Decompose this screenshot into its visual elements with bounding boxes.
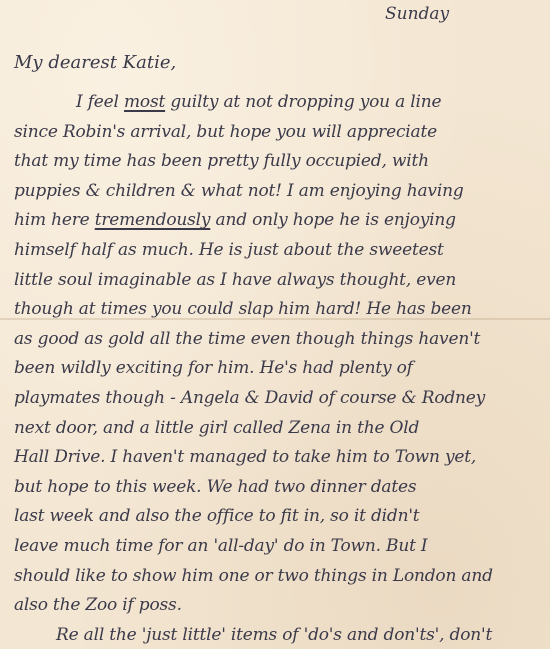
letter-line-18: also the Zoo if poss.	[14, 591, 544, 621]
letter-line-14: but hope to this week. We had two dinner…	[14, 473, 544, 503]
letter-line-4: puppies & children & what not! I am enjo…	[14, 177, 544, 207]
letter-line-13: Hall Drive. I haven't managed to take hi…	[14, 443, 544, 473]
letter-line-6: himself half as much. He is just about t…	[14, 236, 544, 266]
letter-line-9: as good as gold all the time even though…	[14, 325, 544, 355]
letter-line-11: playmates though - Angela & David of cou…	[14, 384, 544, 414]
letter-line-3: that my time has been pretty fully occup…	[14, 147, 544, 177]
letter-line-7: little soul imaginable as I have always …	[14, 266, 544, 296]
letter-line-17: should like to show him one or two thing…	[14, 562, 544, 592]
letter-date: Sunday	[385, 4, 449, 24]
letter-line-10: been wildly exciting for him. He's had p…	[14, 354, 544, 384]
letter-line-8: though at times you could slap him hard!…	[14, 295, 544, 325]
letter-line-16: leave much time for an 'all-day' do in T…	[14, 532, 544, 562]
letter-line-2: since Robin's arrival, but hope you will…	[14, 118, 544, 148]
letter-line-15: last week and also the office to fit in,…	[14, 502, 544, 532]
underlined-word: tremendously	[95, 210, 211, 230]
letter-line-5: him here tremendously and only hope he i…	[14, 206, 544, 236]
letter-line-1: I feel most guilty at not dropping you a…	[14, 88, 544, 118]
underlined-word: most	[124, 92, 165, 112]
letter-page: Sunday My dearest Katie, I feel most gui…	[0, 0, 550, 649]
letter-line-19: Re all the 'just little' items of 'do's …	[14, 621, 544, 649]
letter-body: I feel most guilty at not dropping you a…	[14, 88, 544, 649]
letter-line-12: next door, and a little girl called Zena…	[14, 414, 544, 444]
salutation: My dearest Katie,	[14, 52, 176, 73]
